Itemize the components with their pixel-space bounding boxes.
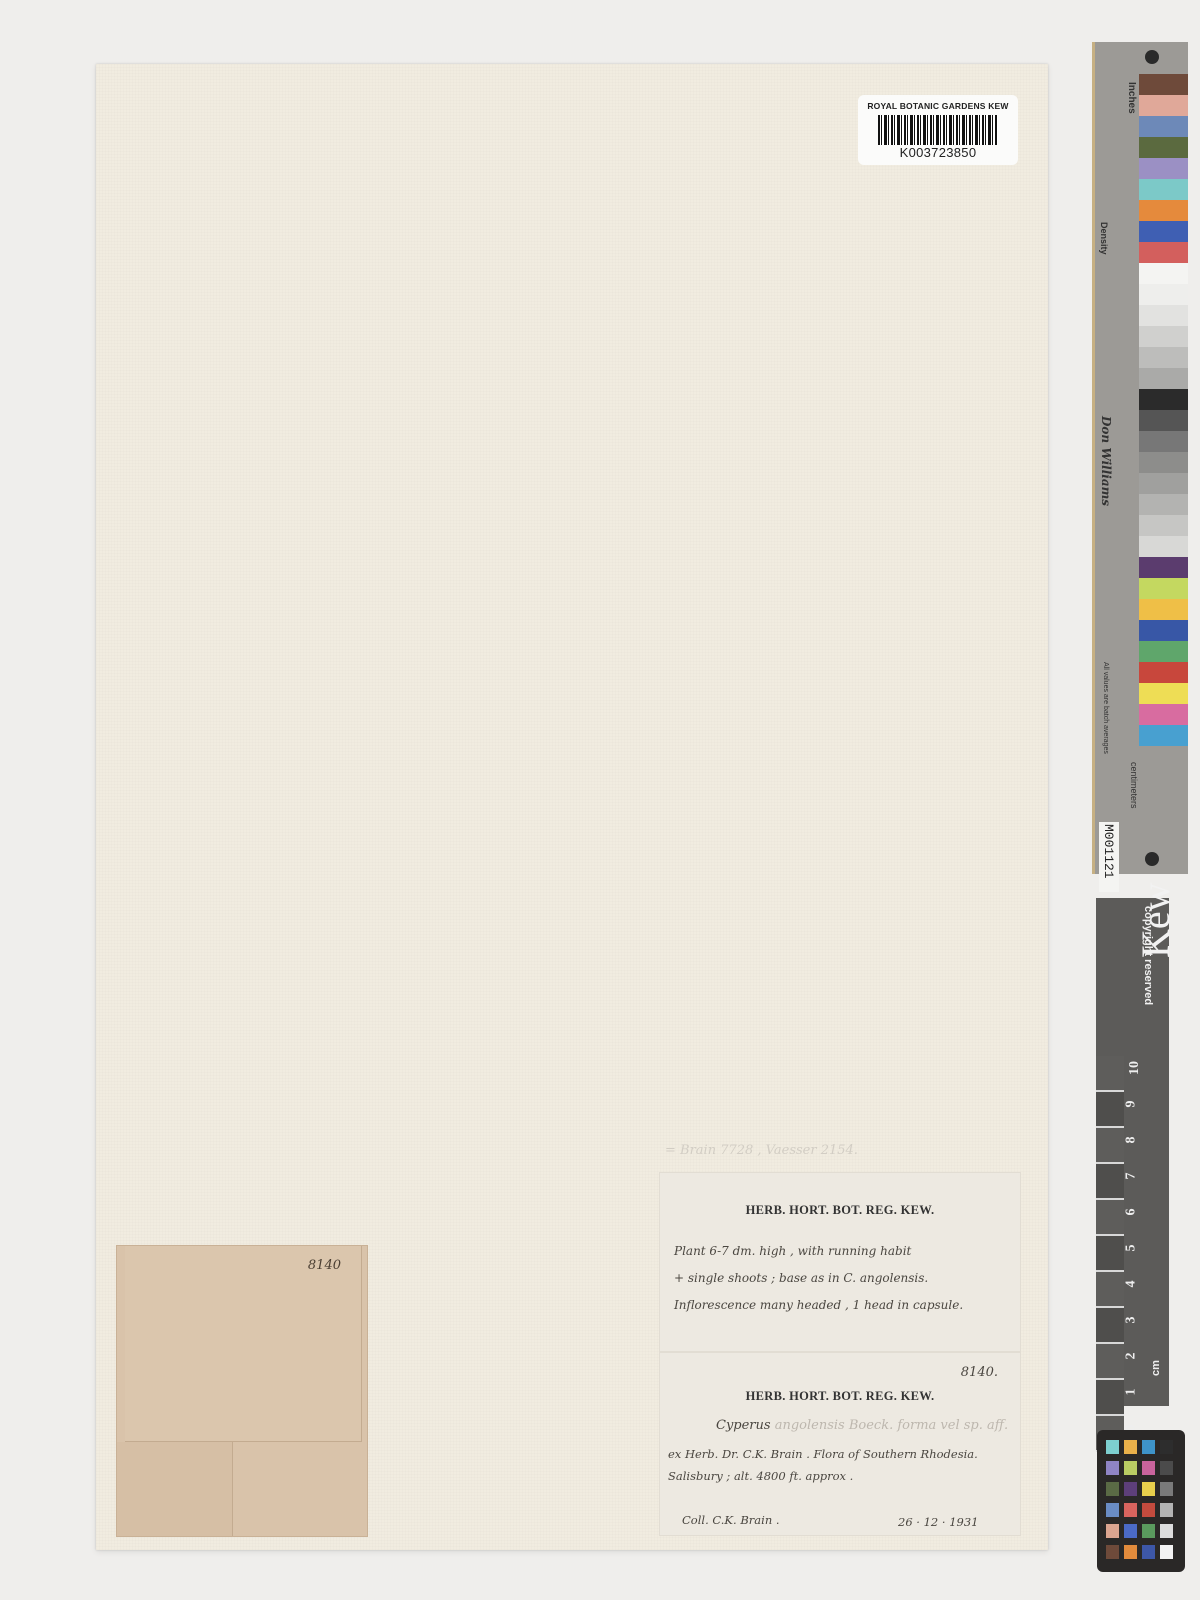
scale-tick-label: 2 <box>1124 1353 1140 1360</box>
inches-label: Inches <box>1126 82 1137 114</box>
locality-line: Salisbury ; alt. 4800 ft. approx . <box>668 1465 1020 1487</box>
scale-segment <box>1096 1308 1124 1344</box>
color-swatch <box>1139 683 1188 704</box>
color-swatch <box>1139 200 1188 221</box>
color-swatch <box>1139 410 1188 431</box>
color-swatch <box>1139 116 1188 137</box>
scale-segment <box>1096 1236 1124 1272</box>
scale-segment <box>1096 1380 1124 1416</box>
color-swatch <box>1139 620 1188 641</box>
strip-hole <box>1145 852 1159 866</box>
color-swatch <box>1139 578 1188 599</box>
determination-label: 8140. HERB. HORT. BOT. REG. KEW. Cyperus… <box>659 1352 1021 1536</box>
color-swatch <box>1139 431 1188 452</box>
checker-cell <box>1160 1461 1173 1475</box>
scale-tick-label: 8 <box>1124 1137 1140 1144</box>
color-swatch <box>1139 242 1188 263</box>
checker-cell <box>1160 1524 1173 1538</box>
color-swatch <box>1139 662 1188 683</box>
centimeters-label: centimeters <box>1129 762 1139 809</box>
label-header: HERB. HORT. BOT. REG. KEW. <box>660 1203 1020 1218</box>
checker-cell <box>1124 1524 1137 1538</box>
color-swatch <box>1139 389 1188 410</box>
scale-segment <box>1096 1056 1124 1092</box>
color-swatch <box>1139 368 1188 389</box>
packet-fold <box>117 1442 233 1536</box>
checker-cell <box>1124 1461 1137 1475</box>
checker-cell <box>1106 1461 1119 1475</box>
locality-line: ex Herb. Dr. C.K. Brain . Flora of South… <box>668 1443 1020 1465</box>
checker-cell <box>1106 1503 1119 1517</box>
fragment-packet: 8140 <box>116 1245 368 1537</box>
color-calibration-strip: Inches Density Don Williams All values a… <box>1092 42 1188 874</box>
collection-date: 26 · 12 · 1931 <box>898 1515 978 1529</box>
color-swatch <box>1139 515 1188 536</box>
collection-number: 8140. <box>961 1365 998 1380</box>
barcode-number: K003723850 <box>858 145 1018 160</box>
checker-cell <box>1124 1440 1137 1454</box>
scale-segment <box>1096 1164 1124 1200</box>
checker-cell <box>1160 1503 1173 1517</box>
checker-cell <box>1106 1545 1119 1559</box>
color-swatch <box>1139 557 1188 578</box>
color-swatch <box>1139 725 1188 746</box>
brand-label: Don Williams <box>1099 416 1113 506</box>
color-swatch <box>1139 704 1188 725</box>
scale-segment <box>1096 1128 1124 1164</box>
locality-info: ex Herb. Dr. C.K. Brain . Flora of South… <box>668 1443 1020 1487</box>
color-swatch <box>1139 494 1188 515</box>
scale-segment <box>1096 1272 1124 1308</box>
color-swatch <box>1139 473 1188 494</box>
scale-tick-label: 9 <box>1124 1101 1140 1108</box>
checker-cell <box>1142 1503 1155 1517</box>
checker-cell <box>1160 1440 1173 1454</box>
color-swatch <box>1139 452 1188 473</box>
scale-tick-label: 7 <box>1124 1173 1140 1180</box>
field-notes-label: HERB. HORT. BOT. REG. KEW. Plant 6-7 dm.… <box>659 1172 1021 1352</box>
scale-tick-label: 3 <box>1124 1317 1140 1324</box>
scale-ruler <box>1096 1056 1124 1452</box>
color-swatch <box>1139 284 1188 305</box>
note-line: + single shoots ; base as in C. angolens… <box>674 1265 1020 1292</box>
color-swatch <box>1139 641 1188 662</box>
collector: Coll. C.K. Brain . <box>682 1513 780 1527</box>
color-swatch <box>1139 74 1188 95</box>
color-swatch <box>1139 158 1188 179</box>
taxon-epithet: angolensis Boeck. forma vel sp. aff. <box>775 1418 1008 1433</box>
taxon-genus: Cyperus <box>716 1418 771 1433</box>
scale-segment <box>1096 1092 1124 1128</box>
scale-segment <box>1096 1344 1124 1380</box>
institution-name: ROYAL BOTANIC GARDENS KEW <box>858 101 1018 111</box>
checker-cell <box>1142 1440 1155 1454</box>
barcode-label: ROYAL BOTANIC GARDENS KEW K003723850 <box>858 95 1018 165</box>
color-swatch <box>1139 599 1188 620</box>
scale-tick-label: 10 <box>1127 1061 1143 1075</box>
kew-logo: Kew <box>1132 882 1179 958</box>
color-swatch <box>1139 326 1188 347</box>
taxon-name: Cyperus angolensis Boeck. forma vel sp. … <box>716 1418 1020 1433</box>
checker-cell <box>1124 1482 1137 1496</box>
checker-cell <box>1160 1545 1173 1559</box>
note-line: Inflorescence many headed , 1 head in ca… <box>674 1292 1020 1319</box>
checker-cell <box>1142 1524 1155 1538</box>
color-swatch <box>1139 305 1188 326</box>
unit-label: cm <box>1150 1360 1162 1376</box>
checker-cell <box>1124 1545 1137 1559</box>
barcode-icon <box>878 115 998 145</box>
scale-tick-label: 1 <box>1124 1389 1140 1396</box>
checker-cell <box>1142 1545 1155 1559</box>
checker-cell <box>1142 1461 1155 1475</box>
pencil-annotation: = Brain 7728 , Vaesser 2154. <box>665 1143 858 1158</box>
checker-cell <box>1124 1503 1137 1517</box>
color-checker-card <box>1097 1430 1185 1572</box>
batch-note: All values are batch averages <box>1102 662 1109 754</box>
strip-swatches <box>1139 74 1188 746</box>
checker-cell <box>1142 1482 1155 1496</box>
color-checker-grid <box>1106 1440 1173 1559</box>
color-swatch <box>1139 221 1188 242</box>
color-swatch <box>1139 263 1188 284</box>
scale-tick-label: 5 <box>1124 1245 1140 1252</box>
color-swatch <box>1139 95 1188 116</box>
color-swatch <box>1139 347 1188 368</box>
scale-tick-label: 6 <box>1124 1209 1140 1216</box>
checker-cell <box>1106 1440 1119 1454</box>
scale-tick-label: 4 <box>1124 1281 1140 1288</box>
color-swatch <box>1139 179 1188 200</box>
scale-segment <box>1096 1200 1124 1236</box>
density-label: Density <box>1099 222 1109 255</box>
color-swatch <box>1139 137 1188 158</box>
strip-id-tag: M001121 <box>1099 822 1119 892</box>
note-line: Plant 6-7 dm. high , with running habit <box>674 1238 1020 1265</box>
checker-cell <box>1106 1524 1119 1538</box>
color-swatch <box>1139 536 1188 557</box>
label-header: HERB. HORT. BOT. REG. KEW. <box>660 1389 1020 1404</box>
field-notes: Plant 6-7 dm. high , with running habit … <box>674 1238 1020 1319</box>
packet-number: 8140 <box>308 1258 341 1273</box>
strip-hole <box>1145 50 1159 64</box>
checker-cell <box>1160 1482 1173 1496</box>
kew-scale-bar: copyright reserved Kew 109876543210 cm <box>1096 898 1169 1406</box>
packet-flap: 8140 <box>125 1246 362 1442</box>
checker-cell <box>1106 1482 1119 1496</box>
